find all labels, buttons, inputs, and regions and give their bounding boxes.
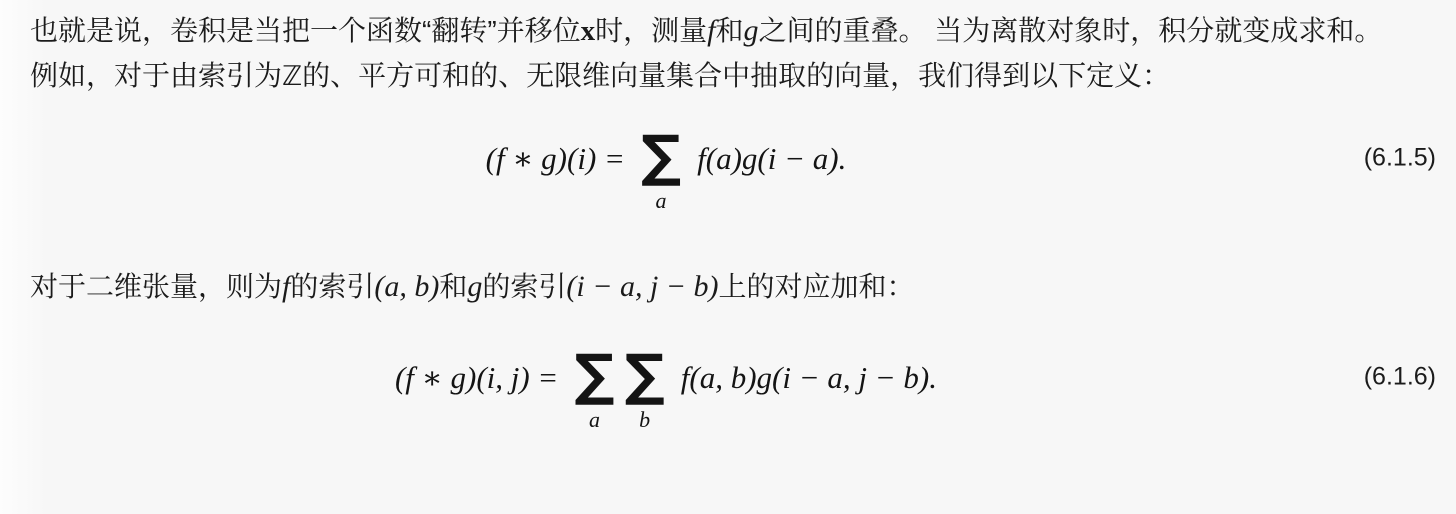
inline-math-bold-x: x — [581, 15, 596, 47]
equation-lhs: (f ∗ g)(i) = — [486, 143, 625, 174]
text-segment: 对于二维张量，则为 — [30, 271, 282, 302]
inline-math-index-ab: (a, b) — [374, 270, 439, 303]
text-segment: 也就是说，卷积是当把一个函数“翻转”并移位 — [30, 15, 581, 46]
inline-math-blackboard-z: ℤ — [282, 61, 302, 92]
equation-6-1-6-body: (f ∗ g)(i, j) = ∑ a ∑ b f(a, b)g(i − a, … — [395, 347, 937, 439]
text-segment: 和 — [439, 271, 467, 302]
equation-lhs: (f ∗ g)(i, j) = — [395, 362, 558, 393]
sigma-icon: ∑ — [641, 128, 681, 187]
equation-rhs: f(a)g(i − a). — [697, 143, 846, 174]
equation-number-tag: (6.1.5) — [1364, 144, 1436, 173]
summation-over-a: ∑ a — [641, 128, 681, 212]
text-segment: 的索引 — [482, 271, 566, 302]
paragraph-convolution-intro: 也就是说，卷积是当把一个函数“翻转”并移位x时，测量f和g之间的重叠。 当为离散… — [0, 0, 1456, 98]
equation-6-1-5: (f ∗ g)(i) = ∑ a f(a)g(i − a). (6.1.5) — [0, 128, 1456, 220]
summation-over-a: ∑ a — [574, 347, 614, 431]
sigma-icon: ∑ — [574, 347, 614, 406]
inline-math-index-ia-jb: (i − a, j − b) — [566, 270, 718, 303]
summation-over-b: ∑ b — [625, 347, 665, 431]
paragraph-2d-tensor: 对于二维张量，则为f的索引(a, b)和g的索引(i − a, j − b)上的… — [0, 264, 1456, 309]
inline-math-f: f — [707, 14, 715, 47]
inline-math-g: g — [467, 270, 482, 303]
summation-subscript: b — [639, 409, 650, 431]
equation-rhs: f(a, b)g(i − a, j − b). — [681, 362, 937, 393]
summation-subscript: a — [589, 409, 600, 431]
inline-math-g: g — [744, 14, 759, 47]
equation-number-tag: (6.1.6) — [1364, 363, 1436, 392]
equation-6-1-5-body: (f ∗ g)(i) = ∑ a f(a)g(i − a). — [486, 128, 847, 220]
text-segment: 时，测量 — [595, 15, 707, 46]
text-segment: 的索引 — [290, 271, 374, 302]
text-segment: 和 — [716, 15, 744, 46]
equation-6-1-6: (f ∗ g)(i, j) = ∑ a ∑ b f(a, b)g(i − a, … — [0, 347, 1456, 439]
sigma-icon: ∑ — [625, 347, 665, 406]
text-segment: 上的对应加和： — [719, 271, 915, 302]
document-page: 也就是说，卷积是当把一个函数“翻转”并移位x时，测量f和g之间的重叠。 当为离散… — [0, 0, 1456, 514]
text-segment: 的、平方可和的、无限维向量集合中抽取的向量，我们得到以下定义： — [302, 60, 1170, 91]
summation-subscript: a — [656, 190, 667, 212]
